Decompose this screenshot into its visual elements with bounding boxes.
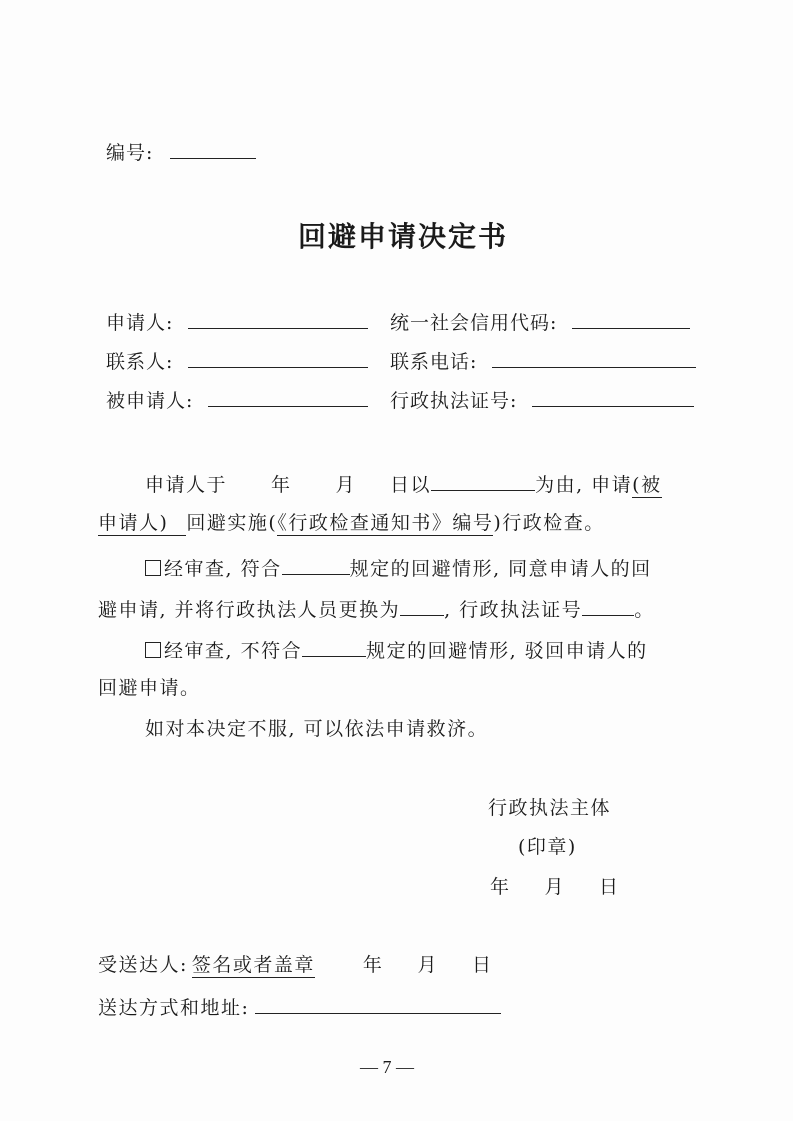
remedy-text: 如对本决定不服, 可以依法申请救济。 — [145, 718, 488, 740]
signature-date: 年月日 — [490, 878, 620, 897]
body-text: 规定的回避情形, 同意申请人的回 — [350, 558, 652, 580]
respondent-underlined: (被 — [632, 474, 661, 498]
phone-blank[interactable] — [492, 349, 696, 368]
body-text: 为由, 申请 — [535, 474, 632, 496]
remedy-line: 如对本决定不服, 可以依法申请救济。 — [145, 720, 488, 739]
cert-no-blank[interactable] — [532, 388, 694, 407]
number-label: 编号: — [106, 142, 153, 164]
body-text: 回避申请。 — [98, 677, 201, 699]
body-text: 规定的回避情形, 驳回申请人的 — [366, 640, 648, 662]
enforcement-entity: 行政执法主体 — [488, 799, 611, 818]
month-text: 月 — [336, 474, 357, 496]
month-text: 月 — [417, 954, 438, 976]
cert-no-label: 行政执法证号: — [390, 390, 517, 412]
body-text: 申请人于 — [145, 474, 227, 496]
month-text: 月 — [545, 876, 566, 898]
seal-text: (印章) — [518, 838, 577, 857]
notice-number-underlined: 《行政检查通知书》编号 — [277, 512, 493, 536]
body-text: 避申请, 并将行政执法人员更换为 — [98, 599, 400, 621]
delivery-method-label: 送达方式和地址: — [98, 997, 249, 1019]
credit-code-blank[interactable] — [572, 310, 690, 329]
credit-code-field: 统一社会信用代码: — [390, 308, 690, 335]
contact-blank[interactable] — [188, 349, 368, 368]
credit-code-label: 统一社会信用代码: — [390, 312, 557, 334]
recipient-line: 受送达人:签名或者盖章年月日 — [98, 956, 492, 975]
contact-label: 联系人: — [106, 351, 173, 373]
year-text: 年 — [490, 876, 511, 898]
regulation-blank[interactable] — [282, 556, 350, 575]
body-line-2: 申请人)回避实施(《行政检查通知书》编号)行政检查。 — [98, 514, 605, 533]
day-text: 日 — [599, 876, 620, 898]
respondent-underlined: 申请人) — [98, 512, 186, 536]
option-approve-line-1: 经审查, 符合规定的回避情形, 同意申请人的回 — [145, 556, 652, 579]
number-blank[interactable] — [170, 140, 256, 159]
day-text: 日 — [472, 954, 493, 976]
body-text: 回避实施( — [186, 512, 277, 534]
phone-label: 联系电话: — [390, 351, 477, 373]
phone-field: 联系电话: — [390, 347, 696, 374]
replacement-cert-blank[interactable] — [582, 597, 634, 616]
recipient-sign[interactable]: 签名或者盖章 — [192, 954, 315, 978]
year-text: 年 — [363, 954, 384, 976]
document-title: 回避申请决定书 — [298, 215, 508, 255]
option-reject-line-2: 回避申请。 — [98, 679, 201, 698]
option-reject-line-1: 经审查, 不符合规定的回避情形, 驳回申请人的 — [145, 638, 648, 661]
option-approve-line-2: 避申请, 并将行政执法人员更换为, 行政执法证号。 — [98, 597, 655, 620]
year-text: 年 — [271, 474, 292, 496]
number-field: 编号: — [106, 138, 256, 165]
applicant-blank[interactable] — [188, 310, 368, 329]
cert-no-field: 行政执法证号: — [390, 386, 694, 413]
applicant-label: 申请人: — [106, 312, 173, 334]
page-number: — 7 — — [360, 1057, 414, 1078]
body-line-1: 申请人于年月日以为由, 申请(被 — [145, 472, 662, 495]
replacement-officer-blank[interactable] — [400, 597, 444, 616]
body-text: , 行政执法证号 — [444, 599, 582, 621]
regulation-blank[interactable] — [302, 638, 366, 657]
respondent-label: 被申请人: — [106, 390, 193, 412]
body-text: 。 — [634, 599, 655, 621]
body-text: 经审查, 符合 — [164, 558, 282, 580]
recipient-label: 受送达人: — [98, 954, 188, 976]
approve-checkbox[interactable] — [145, 560, 161, 576]
delivery-method-blank[interactable] — [255, 995, 501, 1014]
delivery-method-line: 送达方式和地址: — [98, 995, 501, 1018]
body-text: )行政检查。 — [493, 512, 604, 534]
applicant-field: 申请人: — [106, 308, 368, 335]
body-text: 经审查, 不符合 — [164, 640, 302, 662]
respondent-blank[interactable] — [208, 388, 368, 407]
respondent-field: 被申请人: — [106, 386, 368, 413]
reason-blank[interactable] — [431, 472, 535, 491]
contact-field: 联系人: — [106, 347, 368, 374]
day-text: 日以 — [390, 474, 431, 496]
reject-checkbox[interactable] — [145, 642, 161, 658]
